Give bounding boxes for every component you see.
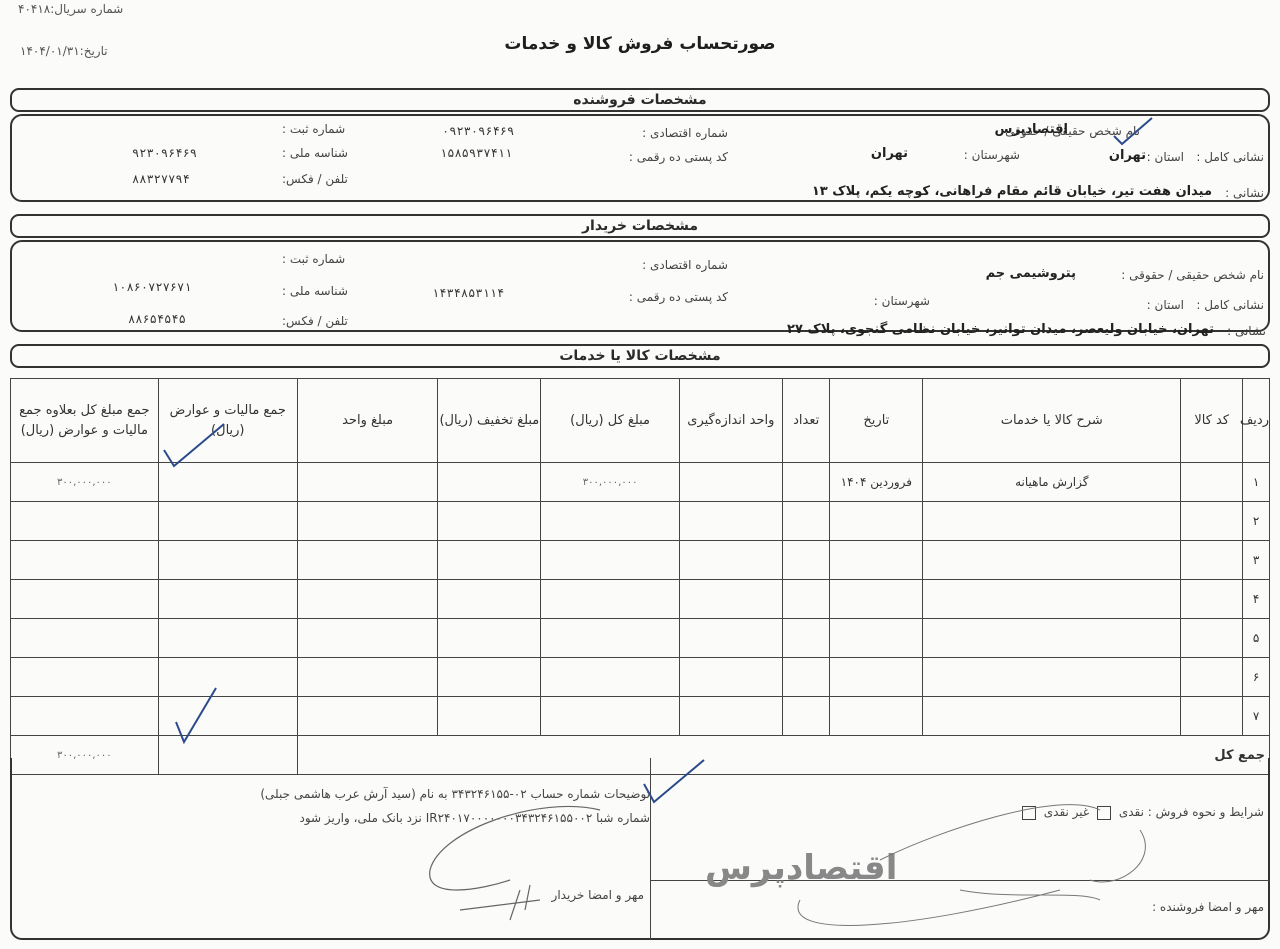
cell-unit-price: [297, 463, 437, 502]
checkmark-icon: [640, 756, 710, 806]
cell-no: ۵: [1243, 619, 1270, 658]
cell-date: [830, 580, 923, 619]
cell-unit: [679, 658, 782, 697]
cell-date: فروردین ۱۴۰۴: [830, 463, 923, 502]
buyer-address-value: تهران، خیابان ولیعصر، میدان توانیر، خیاب…: [787, 322, 1214, 337]
cell-date: [830, 658, 923, 697]
cell-tax: [158, 619, 297, 658]
cell-grand: ۳۰۰,۰۰۰,۰۰۰: [11, 463, 159, 502]
cell-no: ۳: [1243, 541, 1270, 580]
cell-total: [541, 580, 679, 619]
buyer-city-label: شهرستان :: [874, 294, 930, 308]
seller-address-full-label: نشانی کامل :: [1196, 150, 1264, 164]
cell-grand: [11, 658, 159, 697]
buyer-postal-value: ۱۴۳۴۸۵۳۱۱۴: [432, 286, 504, 300]
buyer-national-id-value: ۱۰۸۶۰۷۲۷۶۷۱: [112, 280, 191, 294]
checkmark-icon: [1108, 116, 1158, 146]
seller-province-value: تهران: [1109, 148, 1146, 163]
cell-no: ۷: [1243, 697, 1270, 736]
col-description: شرح کالا یا خدمات: [923, 379, 1181, 463]
cell-desc: [923, 697, 1181, 736]
cell-date: [830, 502, 923, 541]
seller-box: نام شخص حقیقی / حقوقی اقتصادپرس شماره اق…: [10, 114, 1270, 202]
cell-code: [1181, 502, 1243, 541]
seller-section-title: مشخصات فروشنده: [10, 88, 1270, 112]
cell-qty: [782, 541, 829, 580]
cell-total: [541, 697, 679, 736]
seller-national-id-value: ۹۲۳۰۹۶۴۶۹: [132, 146, 197, 160]
buyer-economic-label: شماره اقتصادی :: [642, 258, 728, 272]
page-title: صورتحساب فروش کالا و خدمات: [0, 34, 1280, 54]
cell-date: [830, 619, 923, 658]
cell-tax: [158, 502, 297, 541]
seller-signature: [760, 800, 1180, 940]
cell-qty: [782, 658, 829, 697]
checkmark-icon: [172, 686, 222, 746]
cell-code: [1181, 658, 1243, 697]
cell-unit: [679, 502, 782, 541]
seller-province-label: استان :: [1147, 150, 1184, 164]
seller-city-value: تهران: [871, 146, 908, 161]
cell-unit: [679, 541, 782, 580]
buyer-address-row: نشانی : تهران، خیابان ولیعصر، میدان توان…: [10, 320, 1270, 344]
seller-city-label: شهرستان :: [964, 148, 1020, 162]
cell-discount: [438, 580, 541, 619]
cell-desc: گزارش ماهیانه: [923, 463, 1181, 502]
buyer-postal-label: کد پستی ده رقمی :: [629, 290, 728, 304]
cell-unit-price: [297, 619, 437, 658]
seller-postal-value: ۱۵۸۵۹۳۷۴۱۱: [440, 146, 512, 160]
cell-grand: [11, 697, 159, 736]
buyer-name-value: پتروشیمی جم: [986, 266, 1076, 281]
cell-no: ۱: [1243, 463, 1270, 502]
col-total: مبلغ کل (ریال): [541, 379, 679, 463]
cell-discount: [438, 502, 541, 541]
cell-discount: [438, 541, 541, 580]
cell-grand: [11, 541, 159, 580]
buyer-registration-label: شماره ثبت :: [282, 252, 345, 266]
cell-unit-price: [297, 502, 437, 541]
cell-code: [1181, 541, 1243, 580]
cell-unit-price: [297, 658, 437, 697]
col-grand-total: جمع مبلغ کل بعلاوه جمع مالیات و عوارض (ر…: [11, 379, 159, 463]
col-row-no: ردیف: [1243, 379, 1270, 463]
cell-unit-price: [297, 580, 437, 619]
cell-grand: [11, 502, 159, 541]
col-code: کد کالا: [1181, 379, 1243, 463]
buyer-national-id-label: شناسه ملی :: [282, 284, 348, 298]
seller-name-value: اقتصادپرس: [994, 122, 1068, 137]
buyer-signature: [420, 800, 660, 930]
cell-total: ۳۰۰,۰۰۰,۰۰۰: [541, 463, 679, 502]
buyer-address-label: نشانی :: [1227, 324, 1266, 338]
cell-desc: [923, 502, 1181, 541]
col-unit: واحد اندازه‌گیری: [679, 379, 782, 463]
cell-unit: [679, 463, 782, 502]
buyer-province-label: استان :: [1147, 298, 1184, 312]
table-row: ۵: [11, 619, 1270, 658]
buyer-address-full-label: نشانی کامل :: [1196, 298, 1264, 312]
cell-desc: [923, 580, 1181, 619]
cell-total: [541, 619, 679, 658]
cell-desc: [923, 658, 1181, 697]
cell-unit: [679, 619, 782, 658]
buyer-section-title: مشخصات خریدار: [10, 214, 1270, 238]
cell-date: [830, 541, 923, 580]
cell-discount: [438, 619, 541, 658]
seller-national-id-label: شناسه ملی :: [282, 146, 348, 160]
col-quantity: تعداد: [782, 379, 829, 463]
cell-unit-price: [297, 541, 437, 580]
cell-total: [541, 502, 679, 541]
cell-date: [830, 697, 923, 736]
cell-unit: [679, 580, 782, 619]
seller-phone-label: تلفن / فکس:: [282, 172, 348, 186]
cell-desc: [923, 541, 1181, 580]
table-row: ۳: [11, 541, 1270, 580]
cell-total: [541, 658, 679, 697]
cell-discount: [438, 658, 541, 697]
cell-no: ۶: [1243, 658, 1270, 697]
cell-discount: [438, 697, 541, 736]
col-discount: مبلغ تخفیف (ریال): [438, 379, 541, 463]
cell-unit: [679, 697, 782, 736]
cell-discount: [438, 463, 541, 502]
cell-total: [541, 541, 679, 580]
cell-qty: [782, 697, 829, 736]
cell-qty: [782, 619, 829, 658]
table-row: ۴: [11, 580, 1270, 619]
seller-address-label: نشانی :: [1225, 186, 1264, 200]
seller-economic-value: ۰۹۲۳۰۹۶۴۶۹: [442, 124, 514, 138]
cell-code: [1181, 463, 1243, 502]
cell-tax: [158, 580, 297, 619]
cell-qty: [782, 580, 829, 619]
cell-tax: [158, 541, 297, 580]
cell-unit-price: [297, 697, 437, 736]
seller-postal-label: کد پستی ده رقمی :: [629, 150, 728, 164]
seller-address-value: میدان هفت تیر، خیابان قائم مقام فراهانی،…: [812, 184, 1212, 199]
cell-no: ۴: [1243, 580, 1270, 619]
buyer-box: نام شخص حقیقی / حقوقی : پتروشیمی جم شمار…: [10, 240, 1270, 332]
col-unit-price: مبلغ واحد: [297, 379, 437, 463]
cell-grand: [11, 580, 159, 619]
cell-code: [1181, 697, 1243, 736]
cell-code: [1181, 619, 1243, 658]
items-section-title: مشخصات کالا یا خدمات: [10, 344, 1270, 368]
cell-qty: [782, 502, 829, 541]
seller-economic-label: شماره اقتصادی :: [642, 126, 728, 140]
serial-number: شماره سریال:۴۰۴۱۸: [18, 2, 123, 16]
checkmark-icon: [160, 420, 230, 470]
cell-desc: [923, 619, 1181, 658]
buyer-name-label: نام شخص حقیقی / حقوقی :: [1121, 268, 1264, 282]
col-date: تاریخ: [830, 379, 923, 463]
cell-code: [1181, 580, 1243, 619]
cell-qty: [782, 463, 829, 502]
seller-phone-value: ۸۸۳۲۷۷۹۴: [132, 172, 190, 186]
cell-grand: [11, 619, 159, 658]
cell-no: ۲: [1243, 502, 1270, 541]
seller-registration-label: شماره ثبت :: [282, 122, 345, 136]
table-row: ۲: [11, 502, 1270, 541]
